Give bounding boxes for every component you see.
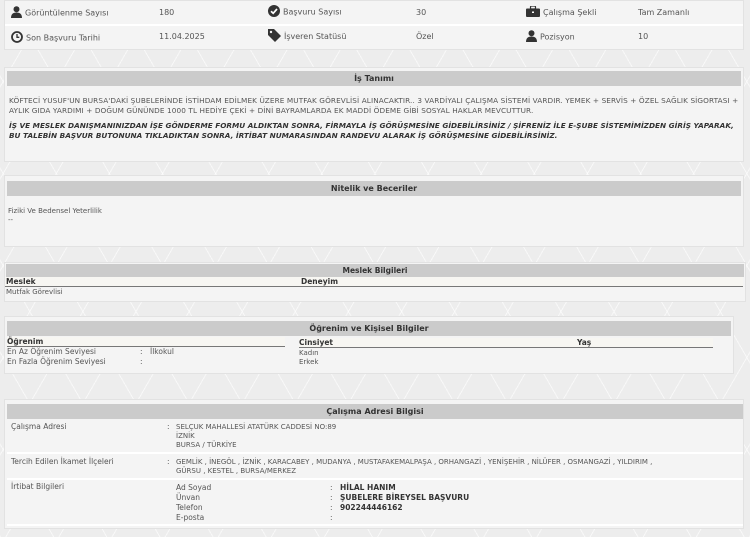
summary-positions: Pozisyon	[526, 30, 575, 44]
min-education-value: İlkokul	[150, 347, 174, 357]
colon: :	[330, 513, 333, 523]
user-icon	[526, 30, 537, 44]
row-divider	[7, 524, 743, 526]
summary-deadline: Son Başvuru Tarihi	[11, 31, 100, 45]
address-line-3: BURSA / TÜRKİYE	[176, 440, 237, 450]
job-description-header: İş Tanımı	[7, 71, 741, 86]
summary-work-type: Çalışma Şekli	[526, 6, 596, 19]
colon: :	[167, 457, 170, 467]
physical-fitness-value: --	[8, 215, 13, 225]
row-divider	[7, 452, 743, 454]
colon: :	[140, 357, 143, 367]
work-type-value: Tam Zamanlı	[638, 8, 689, 17]
contact-title-label: Ünvan	[176, 493, 200, 503]
summary-views: Görüntülenme Sayısı	[11, 6, 109, 20]
work-address-header: Çalışma Adresi Bilgisi	[7, 404, 743, 419]
qualifications-header: Nitelik ve Beceriler	[7, 181, 741, 196]
col-meslek: Meslek	[6, 277, 36, 287]
col-yas: Yaş	[577, 338, 591, 348]
personal-col-header: Cinsiyet Yaş	[299, 338, 713, 348]
colon: :	[330, 503, 333, 513]
districts-line-2: GÜRSU , KESTEL , BURSA/MERKEZ	[176, 466, 296, 476]
positions-value: 10	[638, 32, 648, 41]
min-education-label: En Az Öğrenim Seviyesi	[7, 347, 96, 357]
application-instructions: İŞ VE MESLEK DANIŞMANINIZDAN İŞE GÖNDERM…	[9, 121, 739, 141]
tag-icon	[268, 29, 281, 44]
summary-applications: Başvuru Sayısı	[268, 5, 342, 19]
job-description-panel: İş Tanımı KÖFTECİ YUSUF'UN BURSA'DAKİ ŞU…	[4, 67, 744, 162]
gender-male: Erkek	[299, 357, 318, 367]
occupation-table-header: Meslek Deneyim	[5, 277, 743, 287]
work-address-panel: Çalışma Adresi Bilgisi Çalışma Adresi : …	[4, 399, 744, 529]
max-education-label: En Fazla Öğrenim Seviyesi	[7, 357, 106, 367]
colon: :	[330, 483, 333, 493]
col-deneyim: Deneyim	[301, 277, 338, 287]
summary-employer-status: İşveren Statüsü	[268, 29, 346, 44]
check-circle-icon	[268, 5, 280, 19]
briefcase-icon	[526, 6, 540, 19]
contact-phone-label: Telefon	[176, 503, 203, 513]
job-description-text: KÖFTECİ YUSUF'UN BURSA'DAKİ ŞUBELERİNDE …	[9, 96, 739, 116]
occupation-header: Meslek Bilgileri	[6, 264, 744, 277]
occupation-panel: Meslek Bilgileri Meslek Deneyim Mutfak G…	[4, 262, 746, 302]
job-summary-panel: Görüntülenme Sayısı 180 Başvuru Sayısı 3…	[4, 0, 744, 50]
education-personal-header: Öğrenim ve Kişisel Bilgiler	[7, 321, 731, 336]
contact-name-value: HİLAL HANIM	[340, 483, 396, 493]
row-divider	[7, 478, 743, 480]
education-col-header: Öğrenim	[7, 337, 285, 347]
colon: :	[167, 422, 170, 432]
summary-divider	[5, 24, 743, 26]
applications-value: 30	[416, 8, 426, 17]
deadline-value: 11.04.2025	[159, 32, 205, 41]
clock-icon	[11, 31, 23, 45]
contact-phone-value[interactable]: 902244446162	[340, 503, 403, 513]
colon: :	[140, 347, 143, 357]
table-row: Mutfak Görevlisi	[6, 287, 63, 297]
contact-email-label: E-posta	[176, 513, 204, 523]
colon: :	[330, 493, 333, 503]
address-line-1: SELÇUK MAHALLESİ ATATÜRK CADDESİ NO:89	[176, 422, 336, 432]
education-personal-panel: Öğrenim ve Kişisel Bilgiler Öğrenim En A…	[4, 316, 734, 374]
qualifications-panel: Nitelik ve Beceriler Fiziki Ve Bedensel …	[4, 175, 744, 247]
employer-status-value: Özel	[416, 32, 434, 41]
contact-title-value: ŞUBELERE BİREYSEL BAŞVURU	[340, 493, 469, 503]
contact-name-label: Ad Soyad	[176, 483, 211, 493]
col-cinsiyet: Cinsiyet	[299, 338, 333, 348]
contact-label: İrtibat Bilgileri	[11, 482, 64, 492]
districts-label: Tercih Edilen İkamet İlçeleri	[11, 457, 114, 467]
physical-fitness-label: Fiziki Ve Bedensel Yeterlilik	[8, 206, 102, 216]
user-icon	[11, 6, 22, 20]
views-value: 180	[159, 8, 174, 17]
work-address-label: Çalışma Adresi	[11, 422, 66, 432]
